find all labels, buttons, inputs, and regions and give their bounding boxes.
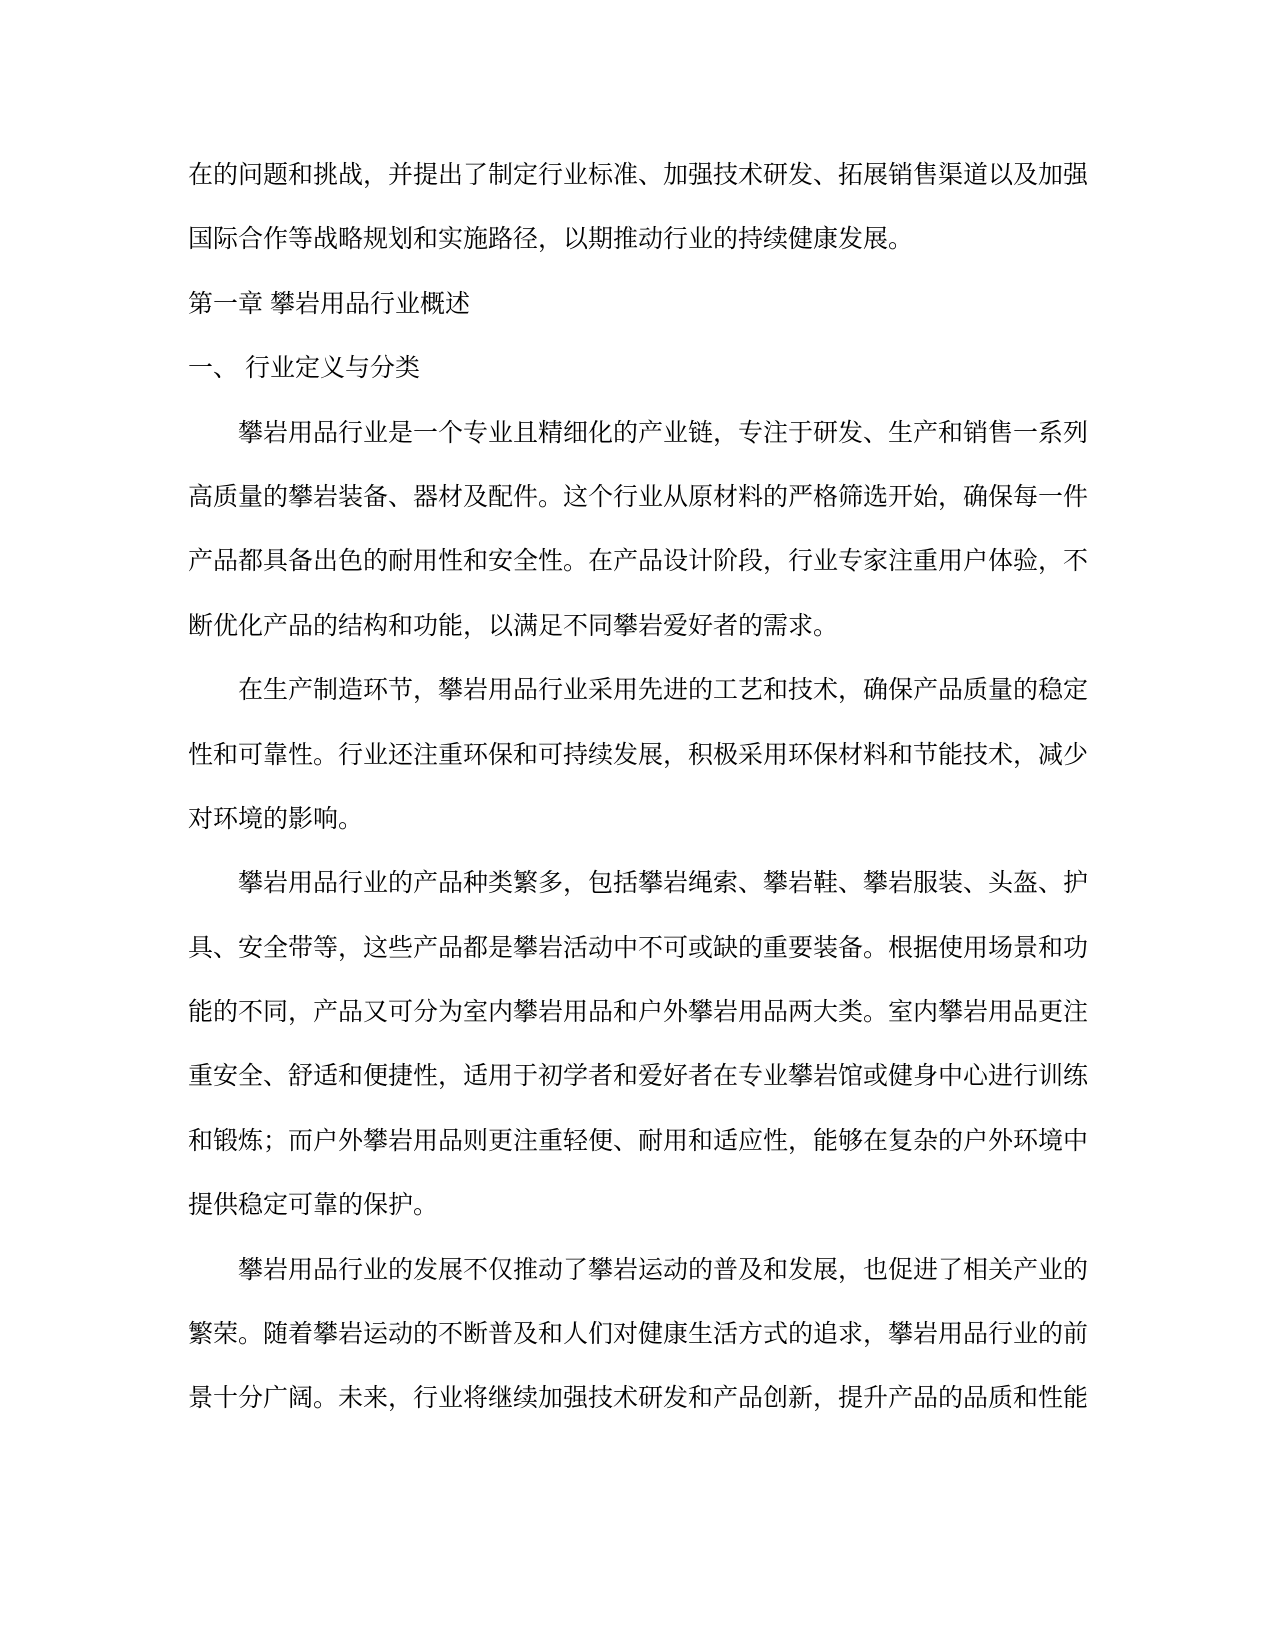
chapter-heading: 第一章 攀岩用品行业概述 (188, 272, 1088, 336)
text-line: 断优化产品的结构和功能，以满足不同攀岩爱好者的需求。 (188, 594, 1088, 658)
text-line: 和锻炼；而户外攀岩用品则更注重轻便、耐用和适应性，能够在复杂的户外环境中 (188, 1109, 1088, 1173)
text-line: 能的不同，产品又可分为室内攀岩用品和户外攀岩用品两大类。室内攀岩用品更注 (188, 980, 1088, 1044)
document-page: 在的问题和挑战，并提出了制定行业标准、加强技术研发、拓展销售渠道以及加强国际合作… (0, 0, 1275, 1650)
text-line: 在的问题和挑战，并提出了制定行业标准、加强技术研发、拓展销售渠道以及加强 (188, 143, 1088, 207)
text-line: 国际合作等战略规划和实施路径，以期推动行业的持续健康发展。 (188, 207, 1088, 271)
text-line: 提供稳定可靠的保护。 (188, 1173, 1088, 1237)
text-line: 在生产制造环节，攀岩用品行业采用先进的工艺和技术，确保产品质量的稳定 (188, 658, 1088, 722)
text-line: 高质量的攀岩装备、器材及配件。这个行业从原材料的严格筛选开始，确保每一件 (188, 465, 1088, 529)
text-line: 攀岩用品行业的产品种类繁多，包括攀岩绳索、攀岩鞋、攀岩服装、头盔、护 (188, 851, 1088, 915)
text-line: 具、安全带等，这些产品都是攀岩活动中不可或缺的重要装备。根据使用场景和功 (188, 916, 1088, 980)
text-line: 对环境的影响。 (188, 787, 1088, 851)
section-heading: 一、 行业定义与分类 (188, 336, 1088, 400)
text-line: 产品都具备出色的耐用性和安全性。在产品设计阶段，行业专家注重用户体验，不 (188, 529, 1088, 593)
text-line: 景十分广阔。未来，行业将继续加强技术研发和产品创新，提升产品的品质和性能 (188, 1366, 1088, 1430)
text-line: 性和可靠性。行业还注重环保和可持续发展，积极采用环保材料和节能技术，减少 (188, 723, 1088, 787)
text-line: 攀岩用品行业是一个专业且精细化的产业链，专注于研发、生产和销售一系列 (188, 401, 1088, 465)
text-line: 重安全、舒适和便捷性，适用于初学者和爱好者在专业攀岩馆或健身中心进行训练 (188, 1044, 1088, 1108)
document-text-block: 在的问题和挑战，并提出了制定行业标准、加强技术研发、拓展销售渠道以及加强国际合作… (188, 143, 1088, 1431)
text-line: 繁荣。随着攀岩运动的不断普及和人们对健康生活方式的追求，攀岩用品行业的前 (188, 1302, 1088, 1366)
text-line: 攀岩用品行业的发展不仅推动了攀岩运动的普及和发展，也促进了相关产业的 (188, 1238, 1088, 1302)
